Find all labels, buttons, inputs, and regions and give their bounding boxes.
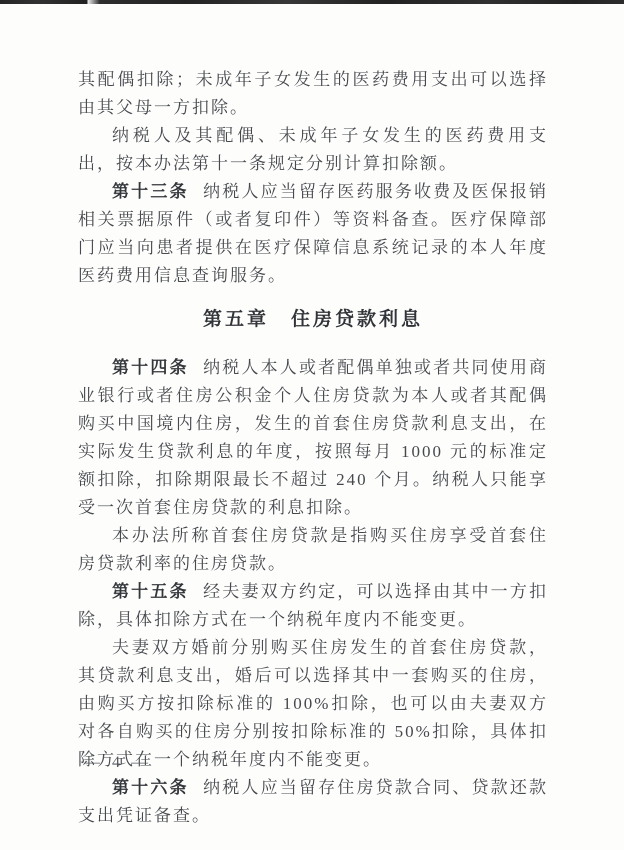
paragraph-text: 本办法所称首套住房贷款是指购买住房享受首套住房贷款利率的住房贷款。 [78,526,548,573]
scanned-document-page: 其配偶扣除；未成年子女发生的医药费用支出可以选择由其父母一方扣除。 纳税人及其配… [0,0,624,850]
paragraph-text: 夫妻双方婚前分别购买住房发生的首套住房贷款，其贷款利息支出，婚后可以选择其中一套… [78,638,548,769]
paragraph-text: 其配偶扣除；未成年子女发生的医药费用支出可以选择由其父母一方扣除。 [78,70,548,117]
article-number-label: 第十三条 [112,182,203,201]
paragraph-text: 纳税人本人或者配偶单独或者共同使用商业银行或者住房公积金个人住房贷款为本人或者其… [78,358,548,517]
page-number: — 4 — [84,754,152,772]
paragraph-article-14: 第十四条纳税人本人或者配偶单独或者共同使用商业银行或者住房公积金个人住房贷款为本… [78,354,548,522]
article-number-label: 第十四条 [112,358,203,377]
chapter-heading: 第五章 住房贷款利息 [78,306,548,334]
scan-artifact-top-edge [0,0,624,4]
paragraph: 夫妻双方婚前分别购买住房发生的首套住房贷款，其贷款利息支出，婚后可以选择其中一套… [78,634,548,774]
document-content: 其配偶扣除；未成年子女发生的医药费用支出可以选择由其父母一方扣除。 纳税人及其配… [78,66,548,830]
paragraph-text: 纳税人及其配偶、未成年子女发生的医药费用支出，按本办法第十一条规定分别计算扣除额… [78,126,548,173]
paragraph: 纳税人及其配偶、未成年子女发生的医药费用支出，按本办法第十一条规定分别计算扣除额… [78,122,548,178]
paragraph-article-16: 第十六条纳税人应当留存住房贷款合同、贷款还款支出凭证备查。 [78,774,548,830]
paragraph: 本办法所称首套住房贷款是指购买住房享受首套住房贷款利率的住房贷款。 [78,522,548,578]
paragraph-article-13: 第十三条纳税人应当留存医药服务收费及医保报销相关票据原件（或者复印件）等资料备查… [78,178,548,290]
paragraph-article-15: 第十五条经夫妻双方约定，可以选择由其中一方扣除，具体扣除方式在一个纳税年度内不能… [78,578,548,634]
paragraph-continuation: 其配偶扣除；未成年子女发生的医药费用支出可以选择由其父母一方扣除。 [78,66,548,122]
article-number-label: 第十六条 [112,778,203,797]
article-number-label: 第十五条 [112,582,203,601]
